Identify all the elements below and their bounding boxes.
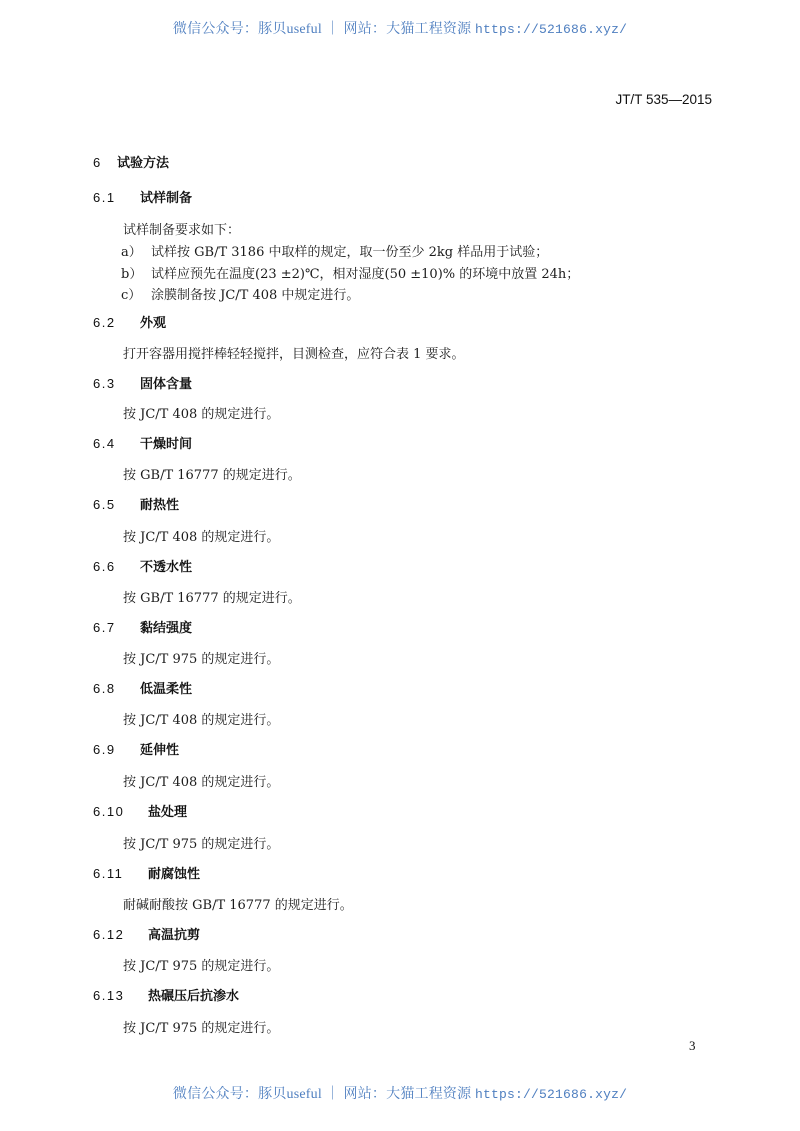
chapter-title: 试验方法 — [117, 156, 169, 171]
section-title: 高温抗剪 — [148, 928, 200, 943]
list-marker: c） — [121, 284, 151, 303]
section-number: 6.12 — [93, 927, 148, 942]
list-item-a: a）试样按 GB/T 3186 中取样的规定，取一份至少 2kg 样品用于试验； — [121, 241, 548, 260]
page-number: 3 — [689, 1038, 696, 1054]
section-number: 6.9 — [93, 742, 140, 757]
list-text: 试样按 GB/T 3186 中取样的规定，取一份至少 2kg 样品用于试验； — [151, 245, 548, 260]
section-body-6-5: 按 JC/T 408 的规定进行。 — [123, 526, 279, 545]
section-body-6-10: 按 JC/T 975 的规定进行。 — [123, 833, 279, 852]
section-title: 外观 — [140, 316, 166, 331]
section-heading-6-7: 6.7黏结强度 — [93, 617, 192, 636]
section-body-6-3: 按 JC/T 408 的规定进行。 — [123, 403, 279, 422]
section-heading-6-5: 6.5耐热性 — [93, 494, 179, 513]
list-text: 试样应预先在温度(23 ±2)℃，相对湿度(50 ±10)% 的环境中放置 24… — [151, 267, 579, 282]
section-heading-6-6: 6.6不透水性 — [93, 556, 192, 575]
section-title: 延伸性 — [140, 743, 179, 758]
list-item-b: b）试样应预先在温度(23 ±2)℃，相对湿度(50 ±10)% 的环境中放置 … — [121, 263, 579, 282]
section-heading-6-4: 6.4干燥时间 — [93, 433, 192, 452]
section-intro: 试样制备要求如下： — [123, 219, 240, 238]
section-body-6-7: 按 JC/T 975 的规定进行。 — [123, 648, 279, 667]
section-number: 6.5 — [93, 497, 140, 512]
section-heading-6-11: 6.11耐腐蚀性 — [93, 863, 200, 882]
section-number: 6.2 — [93, 315, 140, 330]
chapter-heading: 6试验方法 — [93, 152, 169, 171]
section-body-6-11: 耐碱耐酸按 GB/T 16777 的规定进行。 — [123, 894, 353, 913]
section-body-6-9: 按 JC/T 408 的规定进行。 — [123, 771, 279, 790]
section-title: 耐腐蚀性 — [148, 867, 200, 882]
list-marker: a） — [121, 241, 151, 260]
section-number: 6.11 — [93, 866, 148, 881]
watermark-text: 微信公众号：豚贝useful ｜ 网站：大猫工程资源 — [173, 22, 475, 37]
list-marker: b） — [121, 263, 151, 282]
section-body-6-4: 按 GB/T 16777 的规定进行。 — [123, 464, 301, 483]
section-number: 6.8 — [93, 681, 140, 696]
section-number: 6.4 — [93, 436, 140, 451]
section-body-6-6: 按 GB/T 16777 的规定进行。 — [123, 587, 301, 606]
watermark-text: 微信公众号：豚贝useful ｜ 网站：大猫工程资源 — [173, 1087, 475, 1102]
watermark-bottom: 微信公众号：豚贝useful ｜ 网站：大猫工程资源 https://52168… — [0, 1083, 800, 1103]
list-item-c: c）涂膜制备按 JC/T 408 中规定进行。 — [121, 284, 359, 303]
section-heading-6-10: 6.10盐处理 — [93, 801, 187, 820]
chapter-number: 6 — [93, 155, 117, 170]
section-number: 6.1 — [93, 190, 140, 205]
section-heading-6-1: 6.1试样制备 — [93, 187, 192, 206]
section-title: 不透水性 — [140, 560, 192, 575]
watermark-url: https://521686.xyz/ — [475, 22, 627, 37]
section-number: 6.7 — [93, 620, 140, 635]
section-heading-6-13: 6.13热碾压后抗渗水 — [93, 985, 239, 1004]
section-heading-6-12: 6.12高温抗剪 — [93, 924, 200, 943]
section-number: 6.3 — [93, 376, 140, 391]
section-heading-6-9: 6.9延伸性 — [93, 739, 179, 758]
watermark-top: 微信公众号：豚贝useful ｜ 网站：大猫工程资源 https://52168… — [0, 18, 800, 38]
section-title: 试样制备 — [140, 191, 192, 206]
section-body-6-2: 打开容器用搅拌棒轻轻搅拌，目测检查，应符合表 1 要求。 — [123, 343, 465, 362]
section-number: 6.13 — [93, 988, 148, 1003]
section-number: 6.10 — [93, 804, 148, 819]
list-text: 涂膜制备按 JC/T 408 中规定进行。 — [151, 288, 359, 303]
section-title: 低温柔性 — [140, 682, 192, 697]
section-number: 6.6 — [93, 559, 140, 574]
section-title: 黏结强度 — [140, 621, 192, 636]
section-body-6-13: 按 JC/T 975 的规定进行。 — [123, 1017, 279, 1036]
section-body-6-8: 按 JC/T 408 的规定进行。 — [123, 709, 279, 728]
standard-code: JT/T 535—2015 — [615, 92, 712, 107]
section-heading-6-2: 6.2外观 — [93, 312, 166, 331]
section-title: 盐处理 — [148, 805, 187, 820]
section-body-6-12: 按 JC/T 975 的规定进行。 — [123, 955, 279, 974]
section-heading-6-3: 6.3固体含量 — [93, 373, 192, 392]
section-title: 干燥时间 — [140, 437, 192, 452]
section-heading-6-8: 6.8低温柔性 — [93, 678, 192, 697]
section-title: 热碾压后抗渗水 — [148, 989, 239, 1004]
watermark-url: https://521686.xyz/ — [475, 1087, 627, 1102]
section-title: 固体含量 — [140, 377, 192, 392]
section-title: 耐热性 — [140, 498, 179, 513]
